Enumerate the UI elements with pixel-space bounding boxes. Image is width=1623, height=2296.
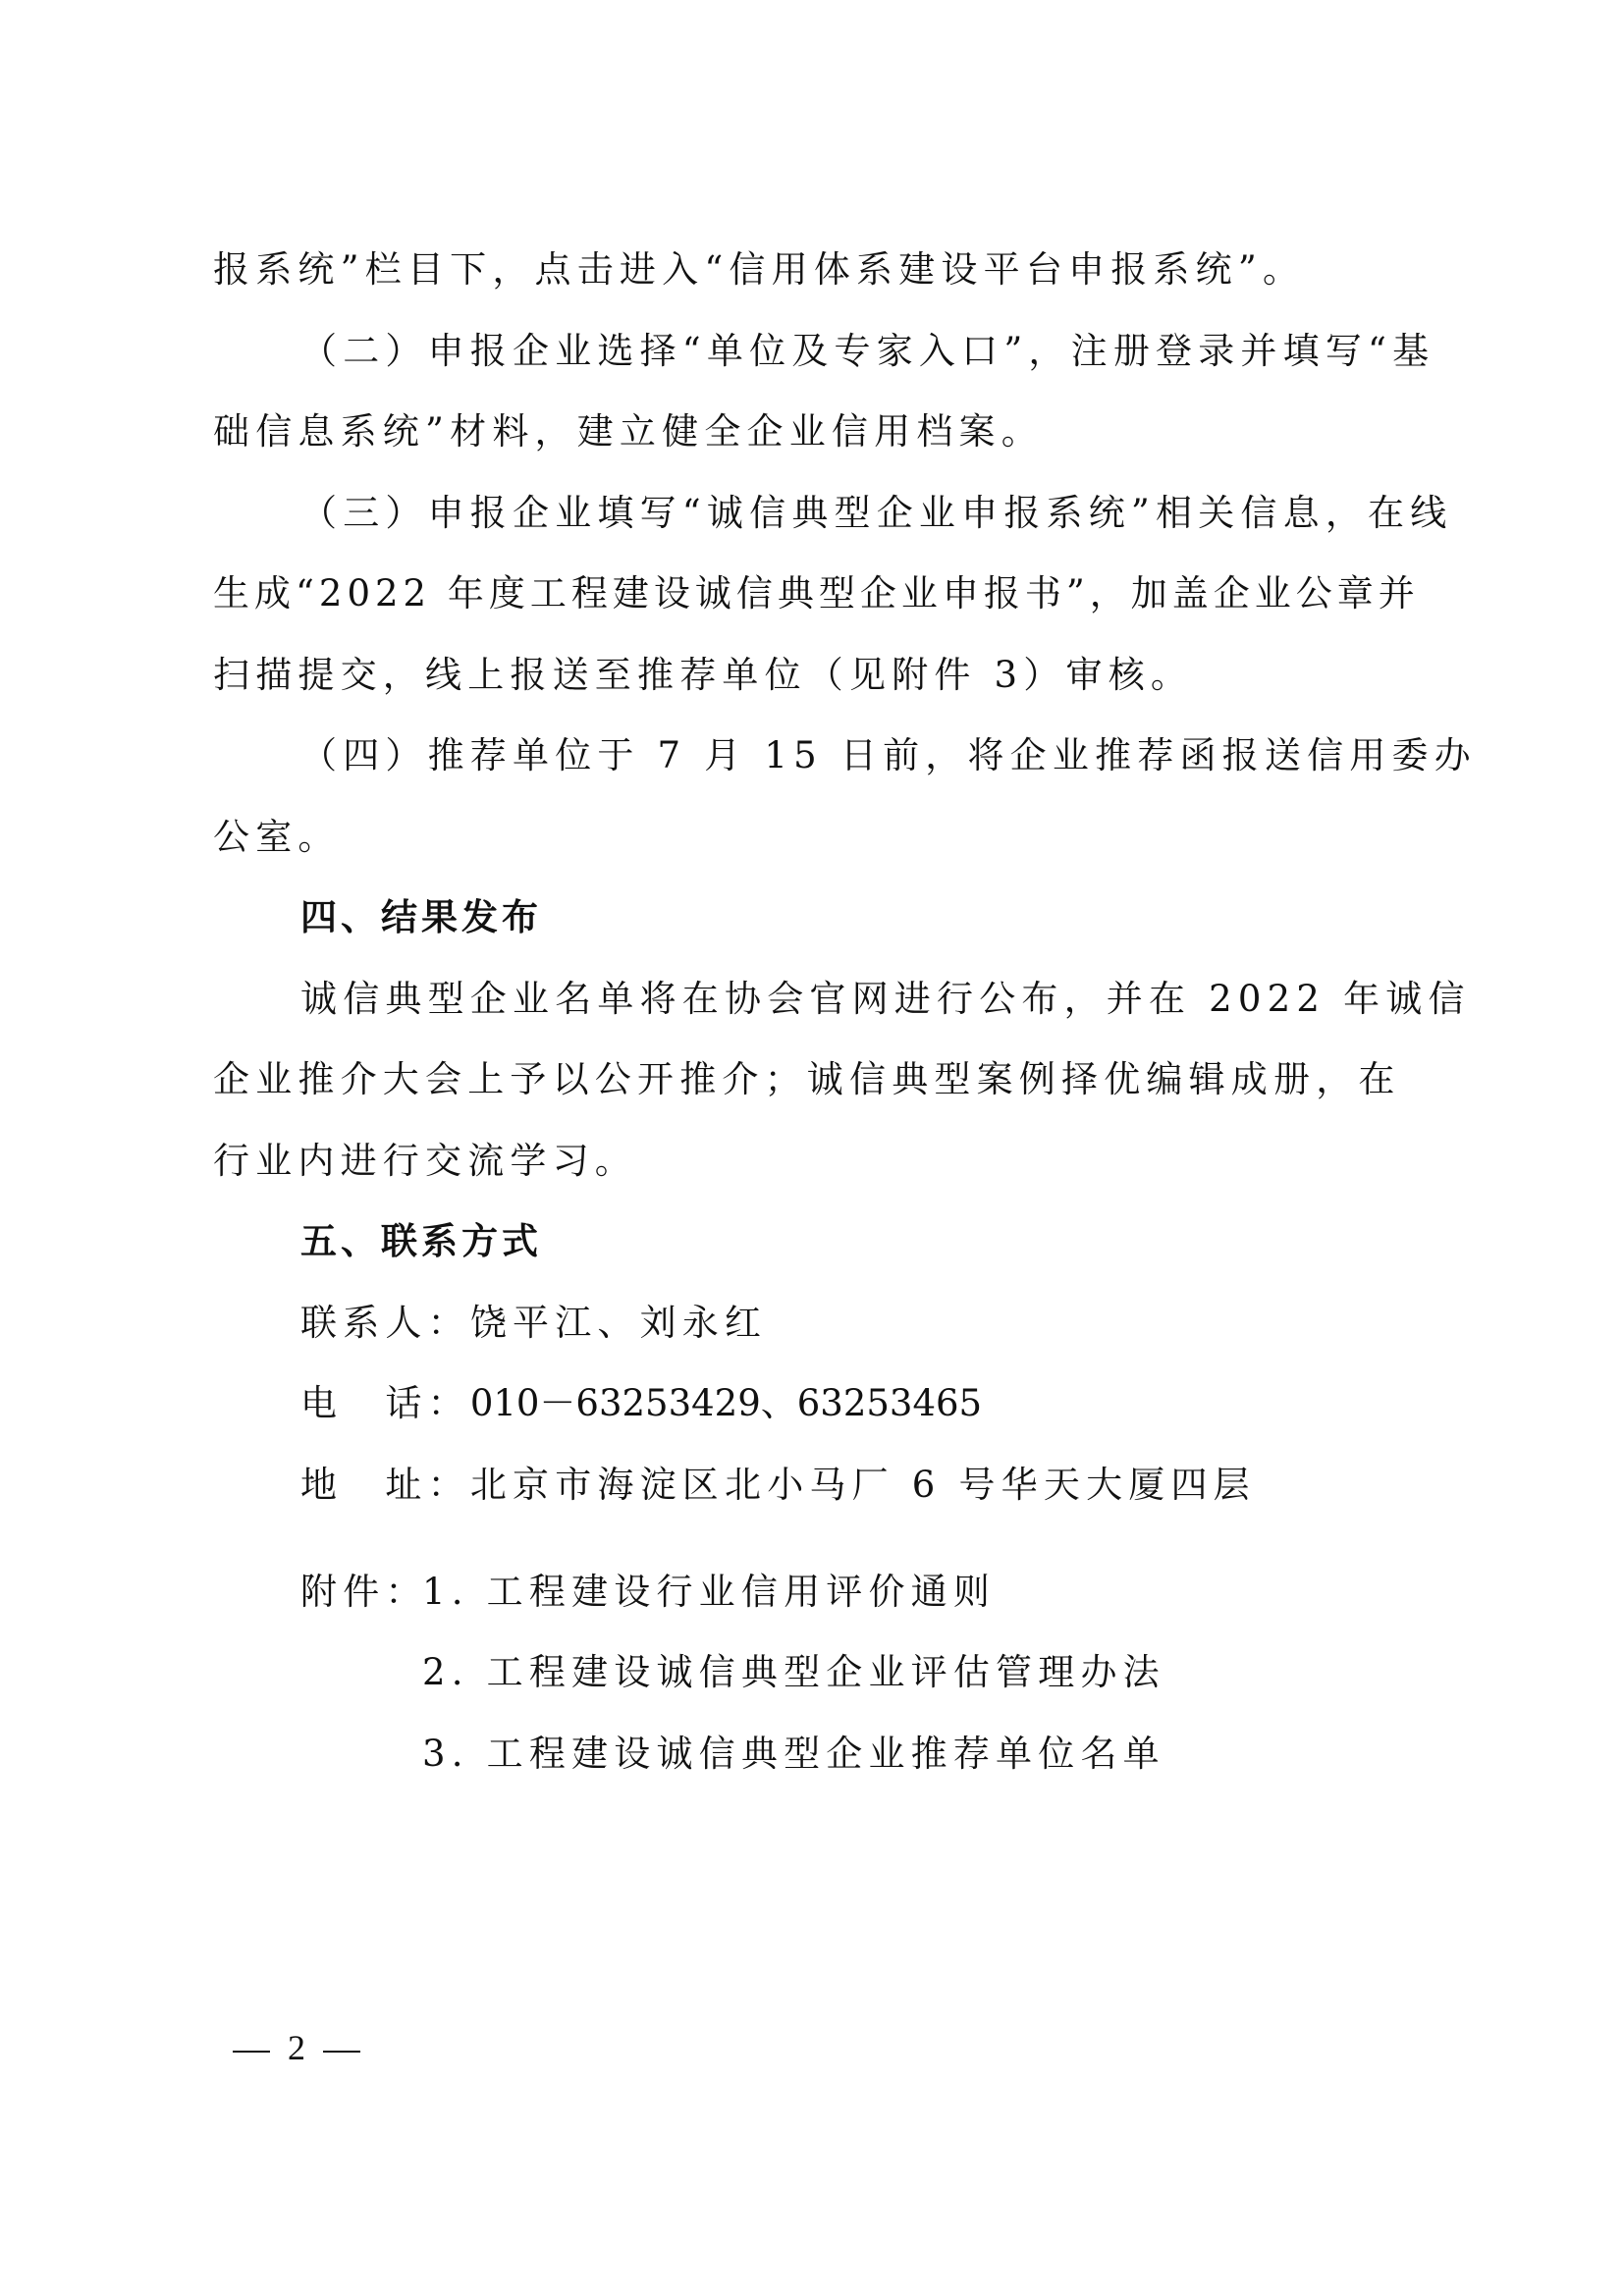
paragraph-line: 础信息系统”材料，建立健全企业信用档案。 xyxy=(213,408,1044,455)
address-value: 北京市海淀区北小马厂 6 号华天大厦四层 xyxy=(470,1464,1256,1506)
attachments-label: 附件： xyxy=(300,1569,428,1616)
dash-decoration xyxy=(233,2051,270,2053)
paragraph-line: 公室。 xyxy=(213,814,341,861)
phone-label: 电 话： xyxy=(300,1382,470,1424)
section-heading-results: 四、结果发布 xyxy=(300,894,542,941)
paragraph-line: （三）申报企业填写“诚信典型企业申报系统”相关信息，在线 xyxy=(300,490,1452,537)
paragraph-line: （四）推荐单位于 7 月 15 日前，将企业推荐函报送信用委办 xyxy=(300,732,1477,779)
contact-person-label: 联系人： xyxy=(300,1302,470,1344)
dash-decoration xyxy=(323,2051,360,2053)
section-heading-contact: 五、联系方式 xyxy=(300,1218,542,1265)
document-page: 报系统”栏目下，点击进入“信用体系建设平台申报系统”。 （二）申报企业选择“单位… xyxy=(0,0,1623,2296)
paragraph-line: 行业内进行交流学习。 xyxy=(213,1138,637,1185)
attachment-item: 1. 工程建设行业信用评价通则 xyxy=(422,1569,996,1616)
paragraph-line: 生成“2022 年度工程建设诚信典型企业申报书”，加盖企业公章并 xyxy=(213,570,1420,617)
attachment-item: 2. 工程建设诚信典型企业评估管理办法 xyxy=(422,1649,1165,1696)
phone-row: 电 话：010－63253429、63253465 xyxy=(300,1380,982,1427)
address-label: 地 址： xyxy=(300,1464,470,1506)
phone-value: 010－63253429、63253465 xyxy=(470,1382,982,1424)
paragraph-line: 报系统”栏目下，点击进入“信用体系建设平台申报系统”。 xyxy=(213,246,1305,294)
contact-person-row: 联系人：饶平江、刘永红 xyxy=(300,1300,767,1347)
contact-person-value: 饶平江、刘永红 xyxy=(470,1302,767,1344)
paragraph-line: 扫描提交，线上报送至推荐单位（见附件 3）审核。 xyxy=(213,652,1193,699)
page-number: 2 xyxy=(229,2024,364,2071)
paragraph-line: 企业推介大会上予以公开推介；诚信典型案例择优编辑成册，在 xyxy=(213,1056,1401,1103)
page-number-value: 2 xyxy=(288,2028,305,2067)
paragraph-line: 诚信典型企业名单将在协会官网进行公布，并在 2022 年诚信 xyxy=(300,976,1471,1023)
address-row: 地 址：北京市海淀区北小马厂 6 号华天大厦四层 xyxy=(300,1462,1256,1509)
paragraph-line: （二）申报企业选择“单位及专家入口”，注册登录并填写“基 xyxy=(300,328,1434,375)
attachment-item: 3. 工程建设诚信典型企业推荐单位名单 xyxy=(422,1731,1165,1778)
